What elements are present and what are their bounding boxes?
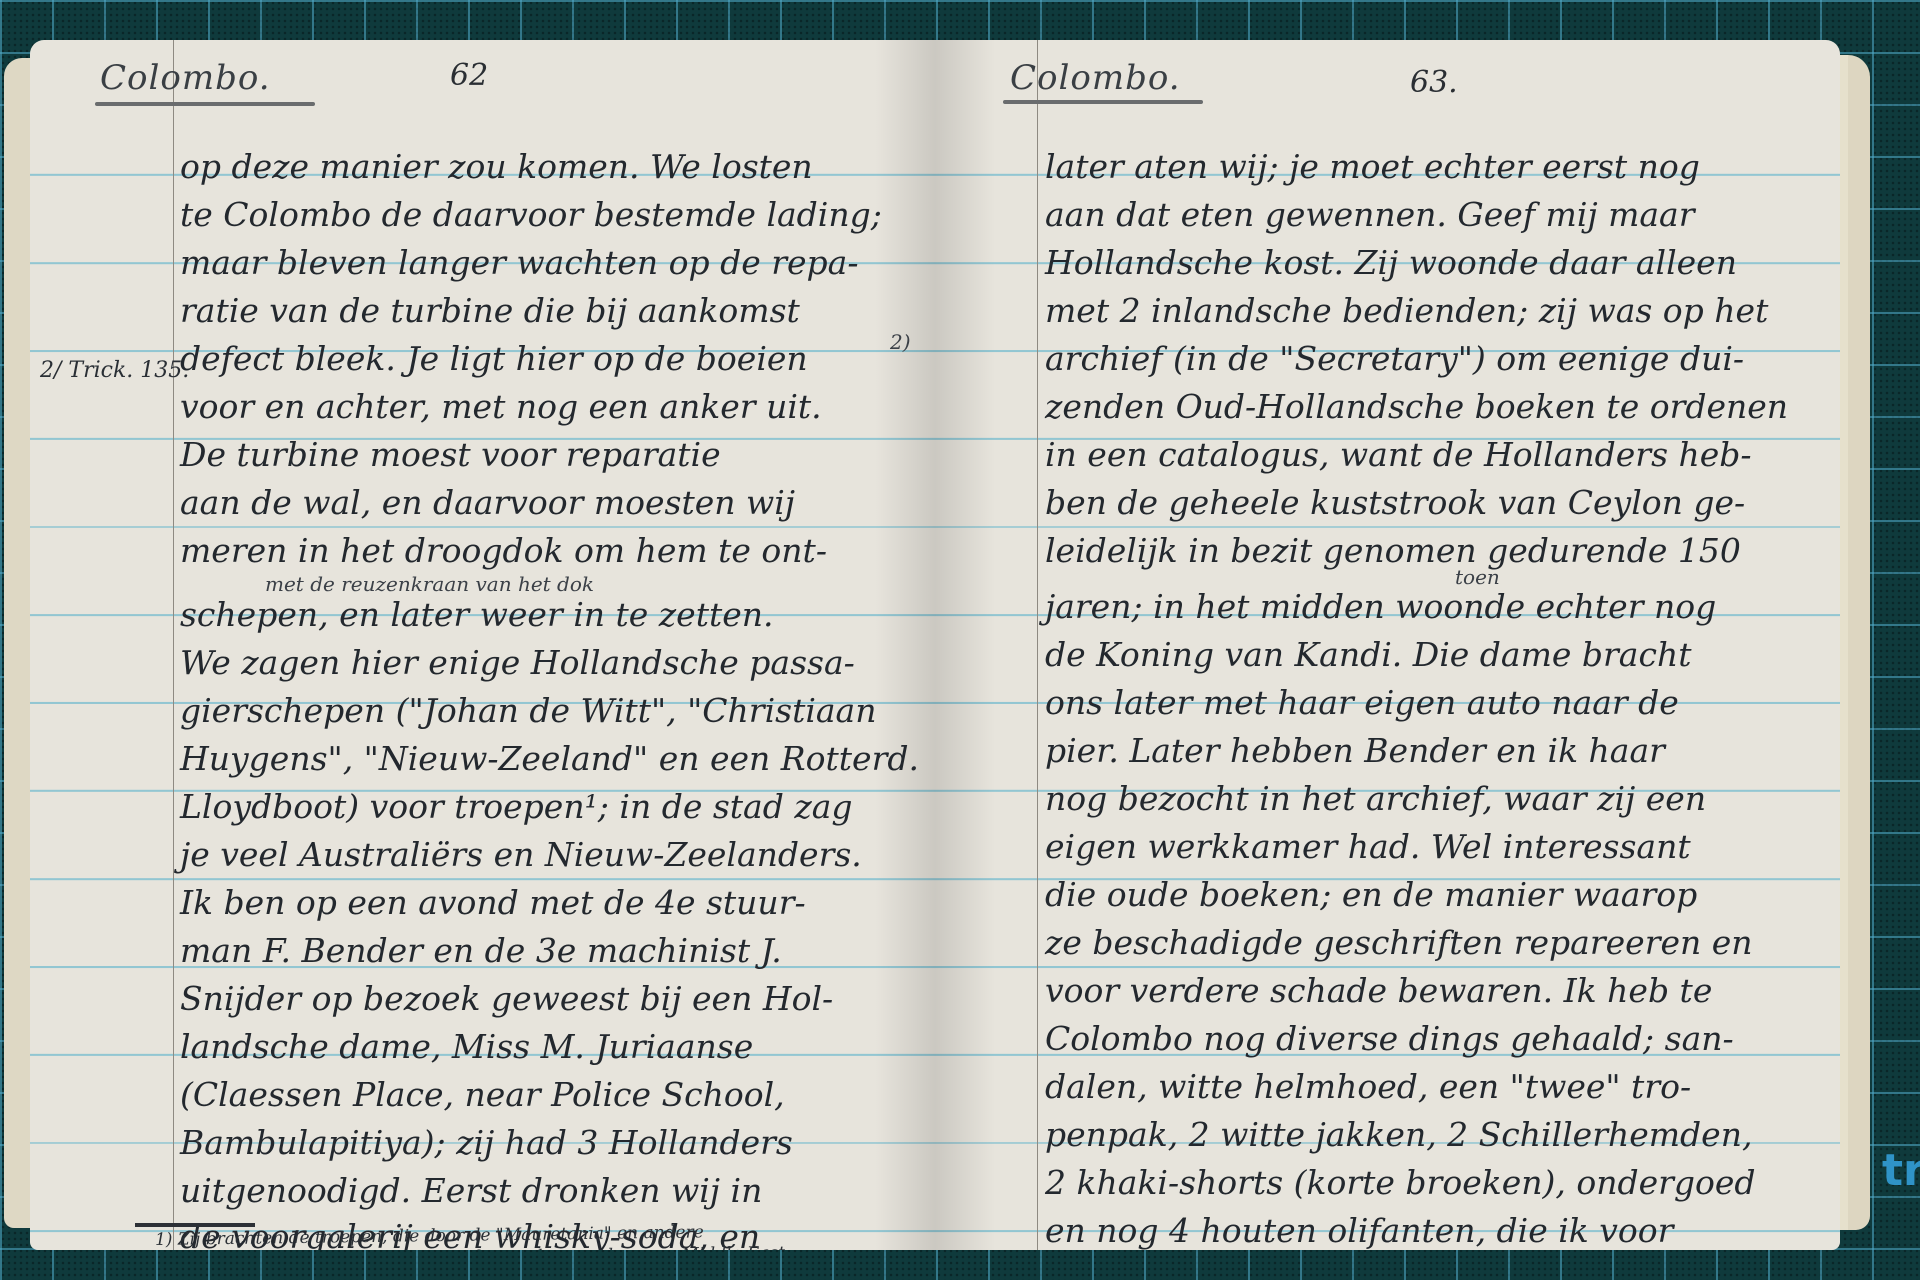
text-line: jaren; in het midden woonde echter nog: [1045, 590, 1716, 623]
text-line: aan dat eten gewennen. Geef mij maar: [1045, 198, 1695, 231]
footnote-marker: 2): [890, 330, 911, 354]
text-line: te Colombo de daarvoor bestemde lading;: [180, 198, 882, 231]
text-line: leidelijk in bezit genomen gedurende 150: [1045, 534, 1741, 567]
page-header-title: Colombo.: [1010, 58, 1181, 98]
text-line: De turbine moest voor reparatie: [180, 438, 721, 471]
text-line: ratie van de turbine die bij aankomst: [180, 294, 800, 327]
page-header-title: Colombo.: [100, 58, 271, 98]
page-number: 63.: [1410, 65, 1458, 100]
text-line: (Claessen Place, near Police School,: [180, 1078, 785, 1111]
text-line: die oude boeken; en de manier waarop: [1045, 878, 1697, 911]
text-line: Bambulapitiya); zij had 3 Hollanders: [180, 1126, 793, 1159]
page-number: 62: [450, 58, 488, 93]
interlinear-insert: toen: [1455, 565, 1500, 589]
text-line: We zagen hier enige Hollandsche passa-: [180, 646, 855, 679]
text-line: pier. Later hebben Bender en ik haar: [1045, 734, 1665, 767]
text-line: in een catalogus, want de Hollanders heb…: [1045, 438, 1752, 471]
header-underline: [1003, 100, 1203, 104]
text-line: met 2 inlandsche bedienden; zij was op h…: [1045, 294, 1768, 327]
footnote-rule: [135, 1223, 255, 1227]
interlinear-insert: met de reuzenkraan van het dok: [265, 572, 594, 596]
text-line: op deze manier zou komen. We losten: [180, 150, 813, 183]
text-line: nog bezocht in het archief, waar zij een: [1045, 782, 1706, 815]
text-line: later aten wij; je moet echter eerst nog: [1045, 150, 1700, 183]
text-line: Ik ben op een avond met de 4e stuur-: [180, 886, 806, 919]
text-line: gierschepen ("Johan de Witt", "Christiaa…: [180, 694, 876, 727]
text-line: Hollandsche kost. Zij woonde daar alleen: [1045, 246, 1737, 279]
margin-line: [1037, 40, 1038, 1250]
margin-note: 2/ Trick. 135.: [40, 358, 189, 383]
text-line: de Koning van Kandi. Die dame bracht: [1045, 638, 1691, 671]
text-line: Colombo nog diverse dings gehaald; san-: [1045, 1022, 1734, 1055]
text-line: Snijder op bezoek geweest bij een Hol-: [180, 982, 833, 1015]
text-line: uitgenoodigd. Eerst dronken wij in: [180, 1174, 762, 1207]
left-page: Colombo. 62 2/ Trick. 135. 2) op deze ma…: [30, 40, 935, 1250]
text-line: zenden Oud-Hollandsche boeken te ordenen: [1045, 390, 1788, 423]
text-line: man F. Bender en de 3e machinist J.: [180, 934, 782, 967]
text-line: voor en achter, met nog een anker uit.: [180, 390, 822, 423]
header-underline: [95, 102, 315, 106]
text-line: 2 khaki-shorts (korte broeken), ondergoe…: [1045, 1166, 1756, 1199]
right-page: Colombo. 63. later aten wij; je moet ech…: [935, 40, 1840, 1250]
text-line: maar bleven langer wachten op de repa-: [180, 246, 859, 279]
text-line: ons later met haar eigen auto naar de: [1045, 686, 1679, 719]
text-line: landsche dame, Miss M. Juriaanse: [180, 1030, 753, 1063]
text-line: eigen werkkamer had. Wel interessant: [1045, 830, 1691, 863]
text-line: Lloydboot) voor troepen¹; in de stad zag: [180, 790, 853, 823]
text-line: meren in het droogdok om hem te ont-: [180, 534, 827, 567]
text-line: voor verdere schade bewaren. Ik heb te: [1045, 974, 1712, 1007]
text-line: defect bleek. Je ligt hier op de boeien: [180, 342, 808, 375]
margin-line: [173, 40, 174, 1250]
text-line: penpak, 2 witte jakken, 2 Schillerhemden…: [1045, 1118, 1752, 1151]
text-line: schepen, en later weer in te zetten.: [180, 598, 774, 631]
text-line: archief (in de "Secretary") om eenige du…: [1045, 342, 1744, 375]
text-line: en nog 4 houten olifanten, die ik voor: [1045, 1214, 1673, 1247]
text-line: ze beschadigde geschriften repareeren en: [1045, 926, 1753, 959]
text-line: ben de geheele kuststrook van Ceylon ge-: [1045, 486, 1745, 519]
text-line: dalen, witte helmhoed, een "twee" tro-: [1045, 1070, 1691, 1103]
text-line: je veel Australiërs en Nieuw-Zeelanders.: [180, 838, 862, 871]
text-line: aan de wal, en daarvoor moesten wij: [180, 486, 795, 519]
watermark-logo: tra: [1882, 1145, 1920, 1196]
text-line: Huygens", "Nieuw-Zeeland" en een Rotterd…: [180, 742, 919, 775]
